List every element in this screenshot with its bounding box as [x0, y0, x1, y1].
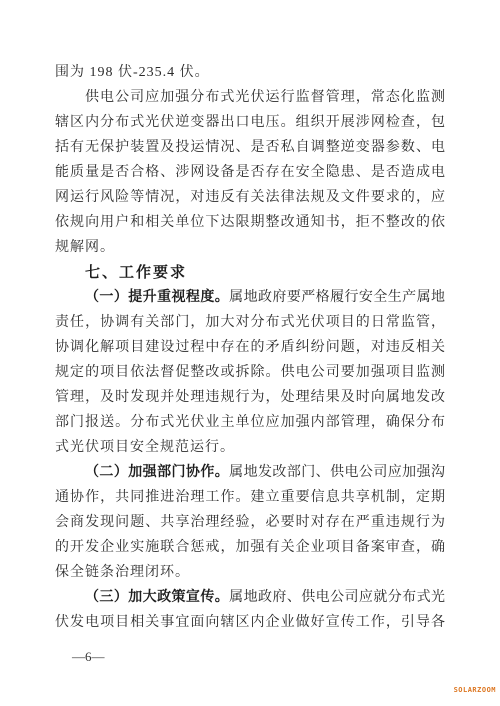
- item-line: （一）提升重视程度。属地政府要严格履行安全生产属地: [55, 285, 445, 310]
- text-line: 责任，协调有关部门，加大对分布式光伏项目的日常监管，: [55, 310, 445, 335]
- text-line: 依规向用户和相关单位下达限期整改通知书，拒不整改的依: [55, 210, 445, 235]
- page-number: —6—: [72, 648, 105, 666]
- text-line: 围为 198 伏-235.4 伏。: [55, 60, 445, 85]
- line-text: 管理，及时发现并处理违规行为，处理结果及时向属地发改: [55, 390, 445, 405]
- line-text: 依规向用户和相关单位下达限期整改通知书，拒不整改的依: [55, 215, 445, 230]
- line-text: 辖区内分布式光伏逆变器出口电压。组织开展涉网检查，包: [55, 115, 445, 130]
- line-text: 会商发现问题、共享治理经验，必要时对存在严重违规行为: [55, 515, 445, 530]
- line-text: 部门报送。分布式光伏业主单位应加强内部管理，确保分布: [55, 415, 445, 430]
- text-line: 伏发电项目相关事宜面向辖区内企业做好宣传工作，引导各: [55, 610, 445, 635]
- section-heading: 七、工作要求: [55, 260, 445, 285]
- text-line: 网运行风险等情况，对违反有关法律法规及文件要求的，应: [55, 185, 445, 210]
- text-line: 规解网。: [55, 235, 445, 260]
- line-text: 式光伏项目安全规范运行。: [55, 440, 235, 455]
- watermark-solarzoom: SOLARZOOM: [454, 686, 496, 694]
- item-lead: （三）加大政策宣传。: [85, 590, 229, 605]
- text-line: 会商发现问题、共享治理经验，必要时对存在严重违规行为: [55, 510, 445, 535]
- line-text: 责任，协调有关部门，加大对分布式光伏项目的日常监管，: [55, 315, 445, 330]
- line-text: 七、工作要求: [85, 264, 187, 281]
- line-text: 供电公司应加强分布式光伏运行监督管理，常态化监测: [85, 90, 445, 105]
- item-line: （三）加大政策宣传。属地政府、供电公司应就分布式光: [55, 585, 445, 610]
- line-text: 伏发电项目相关事宜面向辖区内企业做好宣传工作，引导各: [55, 615, 445, 630]
- text-line: 的开发企业实施联合惩戒，加强有关企业项目备案审查，确: [55, 535, 445, 560]
- line-text: 属地政府、供电公司应就分布式光: [229, 590, 445, 605]
- text-line: 括有无保护装置及投运情况、是否私自调整逆变器参数、电: [55, 135, 445, 160]
- text-line: 管理，及时发现并处理违规行为，处理结果及时向属地发改: [55, 385, 445, 410]
- line-text: 括有无保护装置及投运情况、是否私自调整逆变器参数、电: [55, 140, 445, 155]
- line-text: 通协作，共同推进治理工作。建立重要信息共享机制，定期: [55, 490, 445, 505]
- text-line: 部门报送。分布式光伏业主单位应加强内部管理，确保分布: [55, 410, 445, 435]
- line-text: 的开发企业实施联合惩戒，加强有关企业项目备案审查，确: [55, 540, 445, 555]
- item-lead: （二）加强部门协作。: [85, 465, 229, 480]
- text-line: 协调化解项目建设过程中存在的矛盾纠纷问题，对违反相关: [55, 335, 445, 360]
- text-line: 辖区内分布式光伏逆变器出口电压。组织开展涉网检查，包: [55, 110, 445, 135]
- line-text: 属地政府要严格履行安全生产属地: [229, 290, 445, 305]
- line-text: 保全链条治理闭环。: [55, 565, 190, 580]
- text-line: 保全链条治理闭环。: [55, 560, 445, 585]
- line-text: 规解网。: [55, 240, 115, 255]
- line-text: 属地发改部门、供电公司应加强沟: [229, 465, 445, 480]
- item-line: （二）加强部门协作。属地发改部门、供电公司应加强沟: [55, 460, 445, 485]
- line-text: 围为 198 伏-235.4 伏。: [55, 65, 210, 80]
- line-text: 网运行风险等情况，对违反有关法律法规及文件要求的，应: [55, 190, 445, 205]
- text-line: 规定的项目依法督促整改或拆除。供电公司要加强项目监测: [55, 360, 445, 385]
- document-body: 围为 198 伏-235.4 伏。供电公司应加强分布式光伏运行监督管理，常态化监…: [55, 60, 445, 635]
- text-line: 通协作，共同推进治理工作。建立重要信息共享机制，定期: [55, 485, 445, 510]
- item-lead: （一）提升重视程度。: [85, 290, 229, 305]
- line-text: 规定的项目依法督促整改或拆除。供电公司要加强项目监测: [55, 365, 445, 380]
- line-text: 协调化解项目建设过程中存在的矛盾纠纷问题，对违反相关: [55, 340, 445, 355]
- text-line: 式光伏项目安全规范运行。: [55, 435, 445, 460]
- text-line: 供电公司应加强分布式光伏运行监督管理，常态化监测: [55, 85, 445, 110]
- text-line: 能质量是否合格、涉网设备是否存在安全隐患、是否造成电: [55, 160, 445, 185]
- document-page: 围为 198 伏-235.4 伏。供电公司应加强分布式光伏运行监督管理，常态化监…: [0, 0, 500, 706]
- line-text: 能质量是否合格、涉网设备是否存在安全隐患、是否造成电: [55, 165, 445, 180]
